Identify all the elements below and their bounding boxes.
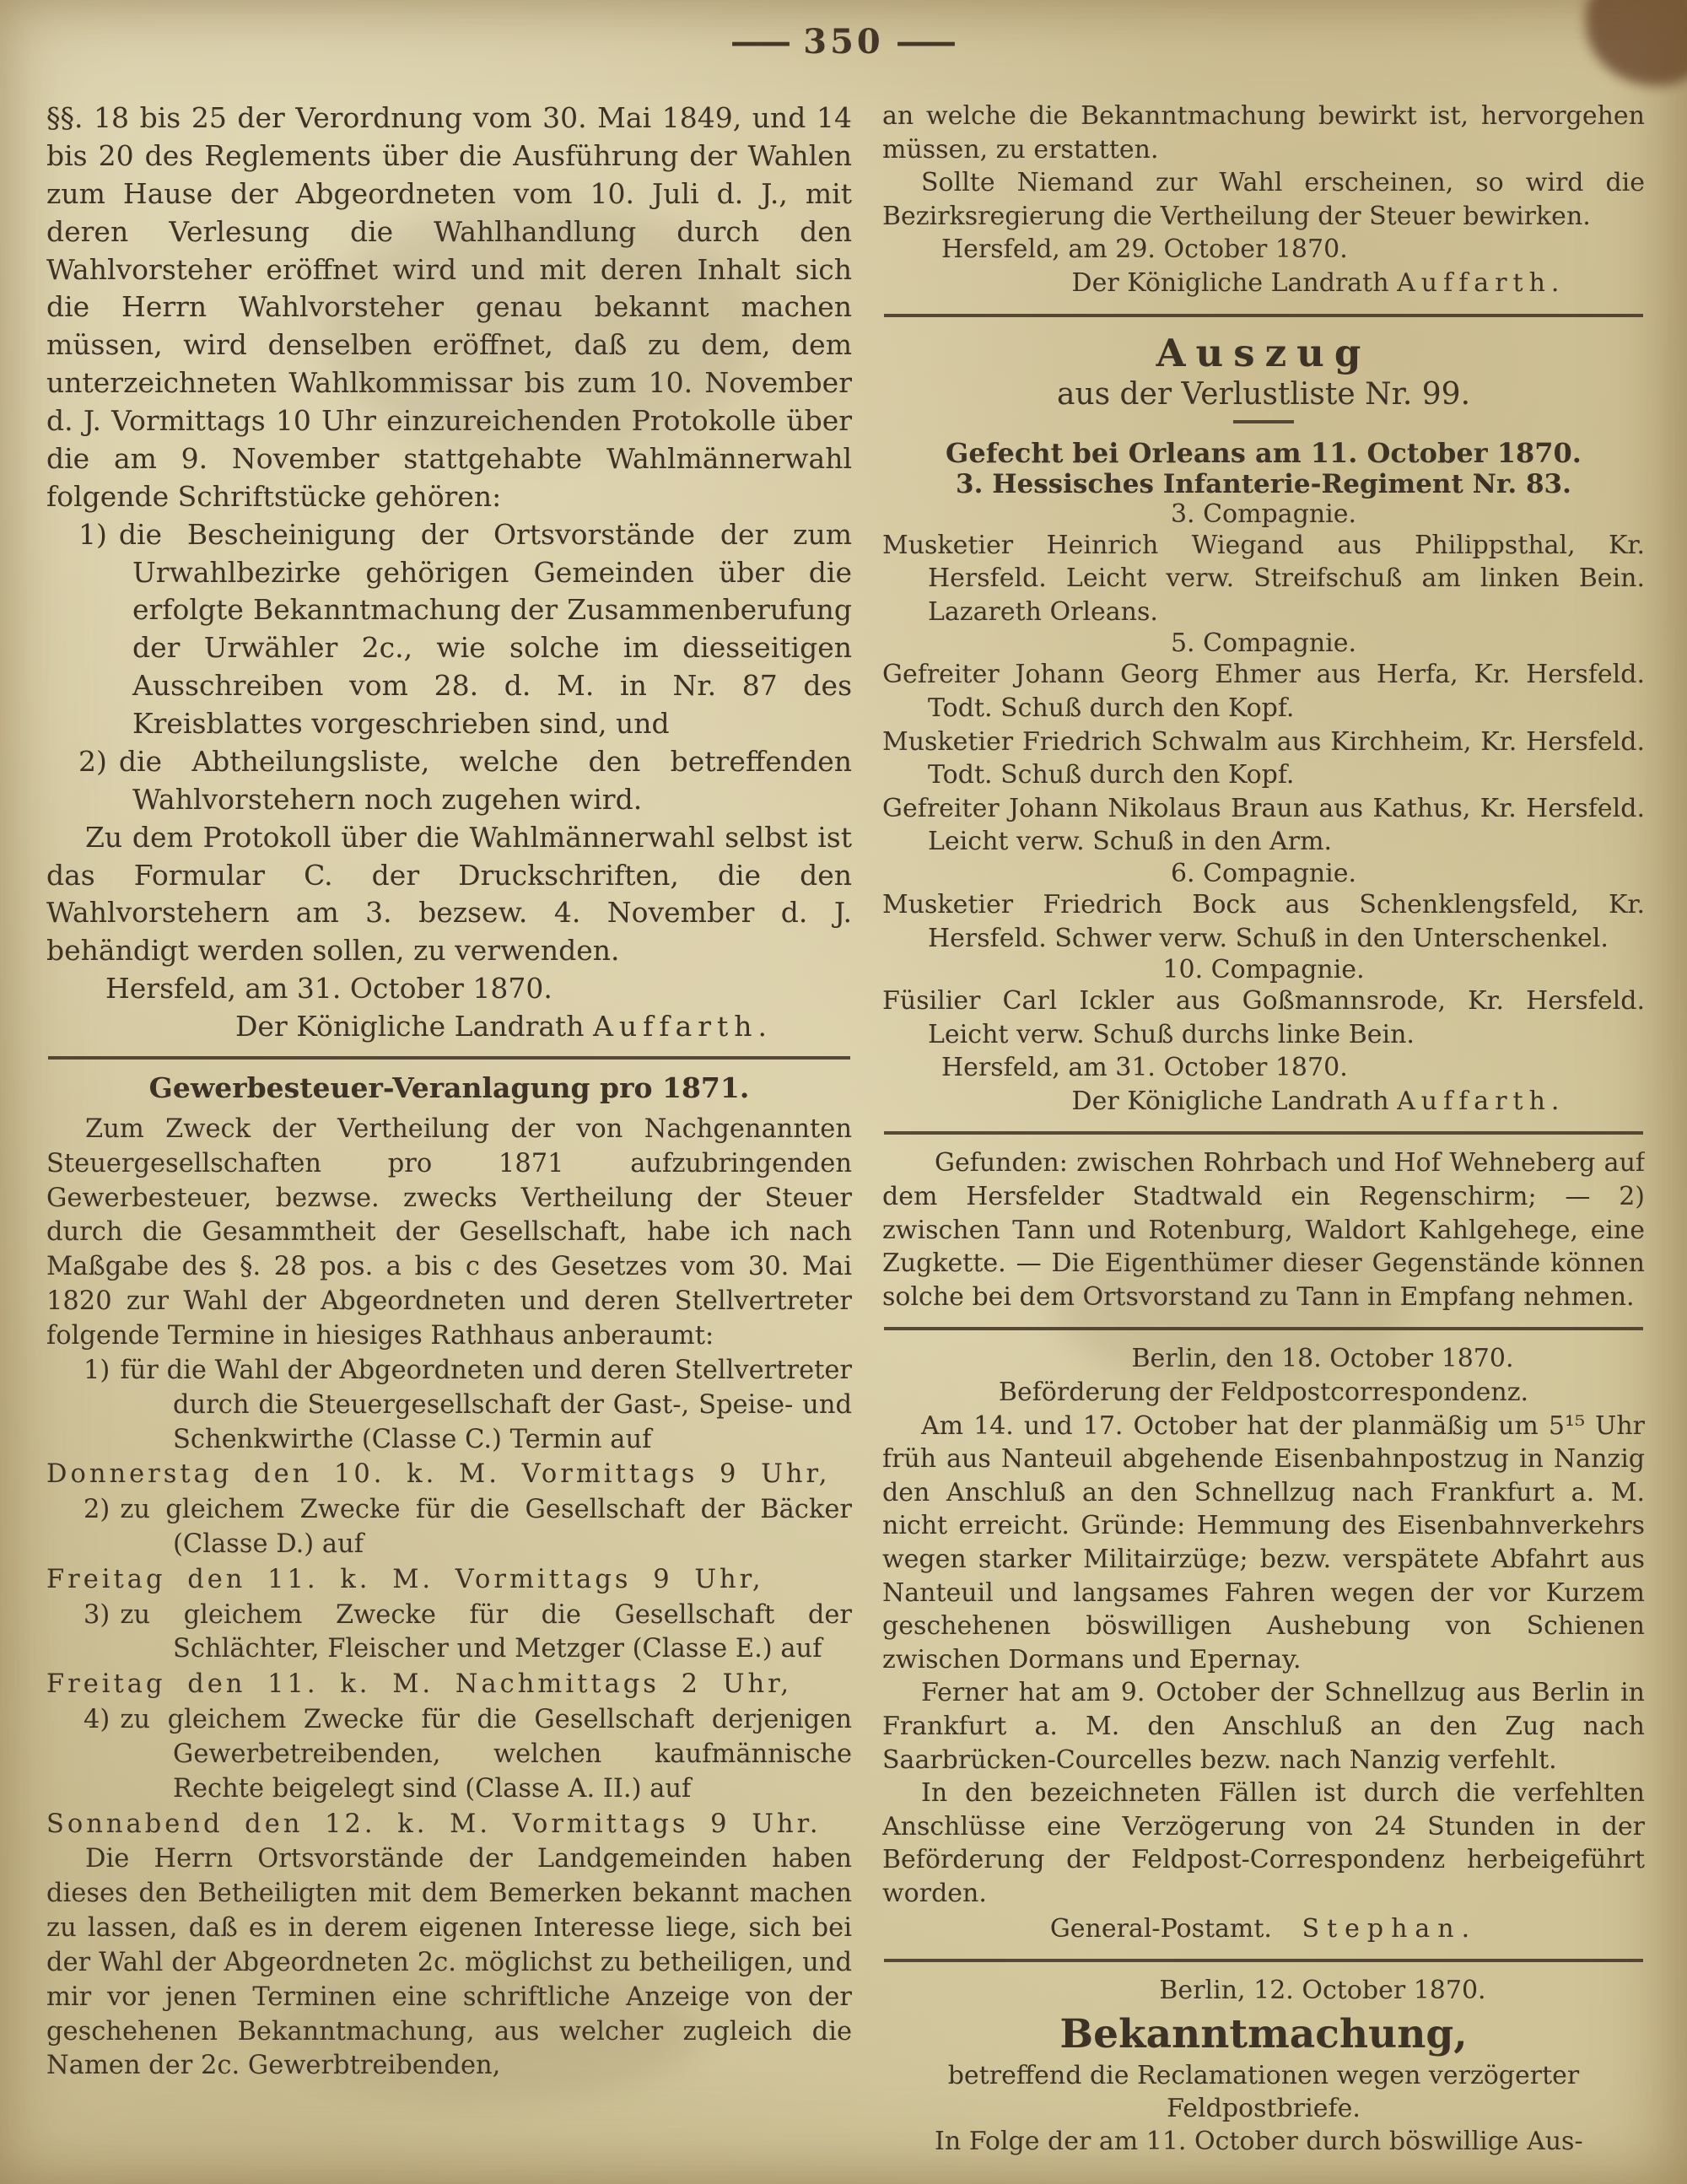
list-item-2: 2)die Abtheilungsliste, welche den betre… — [46, 743, 852, 819]
trade-tax-heading: Gewerbesteuer-Veranlagung pro 1871. — [46, 1071, 852, 1104]
election-notice-paragraph: §§. 18 bis 25 der Verordnung vom 30. Mai… — [46, 100, 852, 516]
term-item-3: 3)zu gleichem Zwecke für die Gesellschaf… — [46, 1599, 852, 1668]
casualty-entry: Musketier Friedrich Schwalm aus Kirchhei… — [882, 725, 1645, 792]
company-heading: 5. Compagnie. — [882, 628, 1645, 658]
list-number: 2) — [84, 1495, 110, 1524]
casualty-entry: Gefreiter Johann Nikolaus Braun aus Kath… — [882, 792, 1645, 859]
closing-paragraph: Die Herrn Ortsvorstände der Landgemeinde… — [46, 1842, 852, 2084]
right-column: an welche die Bekanntmachung bewirkt ist… — [882, 100, 1645, 2184]
section-divider — [884, 1131, 1643, 1135]
term-item-1: 1)für die Wahl der Abgeordneten und dere… — [46, 1354, 852, 1458]
page-header: —350— — [0, 22, 1687, 62]
casualty-list-title: Auszug — [882, 331, 1645, 375]
signature-name: Auffarth. — [1397, 1087, 1565, 1116]
list-item-text: die Bescheinigung der Ortsvorstände der … — [119, 518, 852, 740]
header-dash-right: — — [894, 22, 958, 62]
signer-name: Stephan. — [1302, 1914, 1478, 1944]
list-number: 1) — [78, 518, 107, 551]
left-column: §§. 18 bis 25 der Verordnung vom 30. Mai… — [46, 100, 852, 2184]
company-heading: 6. Compagnie. — [882, 859, 1645, 888]
short-divider — [1233, 420, 1294, 423]
page-number: 350 — [803, 22, 884, 62]
company-heading: 10. Compagnie. — [882, 955, 1645, 984]
signature-title: Der Königliche Landrath — [1072, 268, 1389, 298]
signature-title: Der Königliche Landrath — [235, 1010, 585, 1043]
column-layout: §§. 18 bis 25 der Verordnung vom 30. Mai… — [46, 100, 1645, 2184]
section-divider — [884, 314, 1643, 317]
tax-notice-paragraph: Sollte Niemand zur Wahl erscheinen, so w… — [882, 166, 1645, 233]
casualty-entry: Füsilier Carl Ickler aus Goßmannsrode, K… — [882, 984, 1645, 1051]
term-item-4: 4)zu gleichem Zwecke für die Gesellschaf… — [46, 1703, 852, 1807]
trade-tax-paragraph: Zum Zweck der Vertheilung der von Nachge… — [46, 1113, 852, 1354]
term-date-2: Freitag den 11. k. M. Vormittags 9 Uhr, — [46, 1562, 852, 1599]
fieldpost-paragraph: Am 14. und 17. October hat der planmäßig… — [882, 1410, 1645, 1677]
signature-line: Der Königliche Landrath Auffarth. — [882, 1085, 1645, 1119]
header-dash-left: — — [729, 22, 793, 62]
list-number: 1) — [84, 1356, 110, 1385]
term-item-text: zu gleichem Zwecke für die Gesellschaft … — [120, 1705, 852, 1804]
term-date-1: Donnerstag den 10. k. M. Vormittags 9 Uh… — [46, 1457, 852, 1493]
signature-name: Auffarth. — [593, 1010, 773, 1043]
announcement-paragraph: In Folge der am 11. October durch böswil… — [882, 2125, 1645, 2159]
dateline: Berlin, 12. October 1870. — [882, 1974, 1645, 2008]
battle-heading: Gefecht bei Orleans am 11. October 1870. — [882, 437, 1645, 469]
regiment-heading: 3. Hessisches Infanterie-Regiment Nr. 83… — [882, 469, 1645, 499]
section-divider — [48, 1056, 850, 1060]
term-item-text: zu gleichem Zwecke für die Gesellschaft … — [120, 1495, 852, 1559]
signature-title: Der Königliche Landrath — [1072, 1087, 1389, 1116]
signature-line: Der Königliche Landrath Auffarth. — [882, 267, 1645, 300]
section-divider — [884, 1327, 1643, 1330]
list-item-1: 1)die Bescheinigung der Ortsvorstände de… — [46, 516, 852, 743]
list-item-text: die Abtheilungsliste, welche den betreff… — [119, 745, 852, 816]
company-heading: 3. Compagnie. — [882, 499, 1645, 529]
tax-notice-end-paragraph: an welche die Bekanntmachung bewirkt ist… — [882, 100, 1645, 166]
office-name: General-Postamt. — [1050, 1914, 1272, 1944]
casualty-entry: Musketier Friedrich Bock aus Schenklengs… — [882, 888, 1645, 955]
fieldpost-paragraph: In den bezeichneten Fällen ist durch die… — [882, 1777, 1645, 1910]
list-number: 2) — [78, 745, 107, 778]
term-item-text: zu gleichem Zwecke für die Gesellschaft … — [120, 1600, 852, 1664]
section-divider — [884, 1959, 1643, 1962]
term-item-text: für die Wahl der Abgeordneten und deren … — [120, 1356, 852, 1454]
dateline: Hersfeld, am 29. October 1870. — [882, 233, 1645, 267]
protocol-paragraph: Zu dem Protokoll über die Wahlmännerwahl… — [46, 819, 852, 971]
casualty-entry: Gefreiter Johann Georg Ehmer aus Herfa, … — [882, 658, 1645, 725]
dateline: Hersfeld, am 31. October 1870. — [882, 1051, 1645, 1085]
term-date-4: Sonnabend den 12. k. M. Vormittags 9 Uhr… — [46, 1807, 852, 1843]
casualty-entry: Musketier Heinrich Wiegand aus Philippst… — [882, 529, 1645, 629]
list-number: 4) — [84, 1705, 110, 1734]
fieldpost-paragraph: Ferner hat am 9. October der Schnellzug … — [882, 1676, 1645, 1777]
announcement-title: Bekanntmachung, — [882, 2011, 1645, 2057]
dateline: Berlin, den 18. October 1870. — [882, 1342, 1645, 1376]
postal-signature-line: General-Postamt. Stephan. — [882, 1912, 1645, 1946]
announcement-subtitle: betreffend die Reclamationen wegen verzö… — [882, 2059, 1645, 2125]
term-item-2: 2)zu gleichem Zwecke für die Gesellschaf… — [46, 1493, 852, 1562]
signature-line: Der Königliche Landrath Auffarth. — [46, 1008, 852, 1046]
newspaper-page: —350— §§. 18 bis 25 der Verordnung vom 3… — [0, 0, 1687, 2184]
term-date-3: Freitag den 11. k. M. Nachmittags 2 Uhr, — [46, 1667, 852, 1703]
signature-name: Auffarth. — [1397, 268, 1565, 298]
found-items-paragraph: Gefunden: zwischen Rohrbach und Hof Wehn… — [882, 1146, 1645, 1313]
fieldpost-heading: Beförderung der Feldpostcorrespondenz. — [882, 1376, 1645, 1410]
casualty-list-subtitle: aus der Verlustliste Nr. 99. — [882, 377, 1645, 412]
dateline: Hersfeld, am 31. October 1870. — [46, 970, 852, 1008]
list-number: 3) — [84, 1600, 110, 1630]
